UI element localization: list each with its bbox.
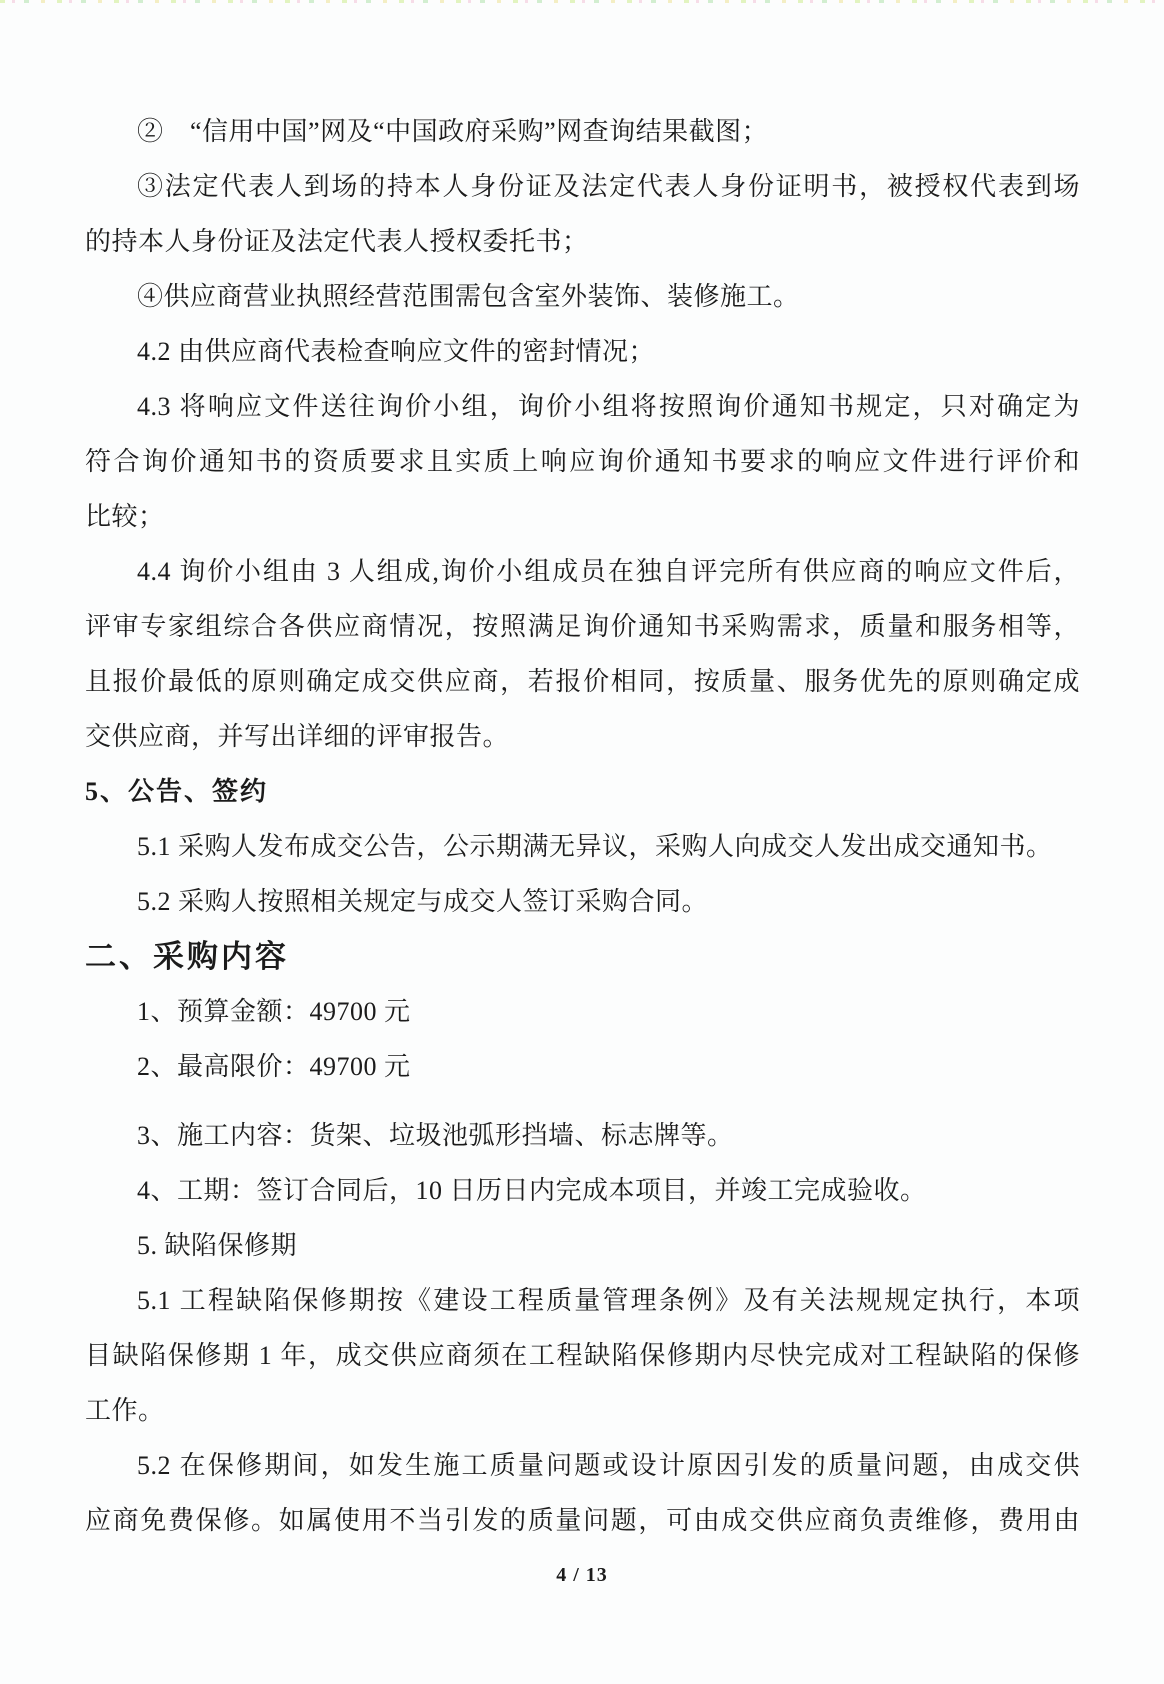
doc-line-clause-4-4-cont1: 评审专家组综合各供应商情况，按照满足询价通知书采购需求，质量和服务相等， [85, 599, 1080, 654]
doc-line-construction-content: 3、施工内容：货架、垃圾池弧形挡墙、标志牌等。 [85, 1108, 1080, 1163]
document-page: ② “信用中国”网及“中国政府采购”网查询结果截图； ③法定代表人到场的持本人身… [0, 0, 1164, 1684]
page-number: 4 / 13 [0, 1560, 1164, 1590]
doc-line-clause-5-1: 5.1 采购人发布成交公告，公示期满无异议，采购人向成交人发出成交通知书。 [85, 819, 1080, 874]
section-heading-announce-sign: 5、公告、签约 [85, 764, 1080, 819]
section-heading-procurement-content: 二、采购内容 [85, 929, 1080, 984]
doc-line-warranty-5-1-cont: 目缺陷保修期 1 年，成交供应商须在工程缺陷保修期内尽快完成对工程缺陷的保修 [85, 1328, 1080, 1383]
doc-line-construction-period: 4、工期：签订合同后，10 日历日内完成本项目，并竣工完成验收。 [85, 1163, 1080, 1218]
scan-artifact-strip [0, 0, 1164, 3]
doc-line-defect-warranty-heading: 5. 缺陷保修期 [85, 1218, 1080, 1273]
doc-line-clause-4-3: 4.3 将响应文件送往询价小组，询价小组将按照询价通知书规定，只对确定为 [85, 379, 1080, 434]
doc-line-clause-4-4-end: 交供应商，并写出详细的评审报告。 [85, 709, 1080, 764]
doc-line-clause-4-3-cont: 符合询价通知书的资质要求且实质上响应询价通知书要求的响应文件进行评价和 [85, 434, 1080, 489]
doc-line-clause-circle2: ② “信用中国”网及“中国政府采购”网查询结果截图； [85, 104, 1080, 159]
doc-line-clause-circle4: ④供应商营业执照经营范围需包含室外装饰、装修施工。 [85, 269, 1080, 324]
doc-line-max-price: 2、最高限价：49700 元 [85, 1039, 1080, 1094]
doc-line-clause-4-2: 4.2 由供应商代表检查响应文件的密封情况； [85, 324, 1080, 379]
doc-line-warranty-5-2: 5.2 在保修期间，如发生施工质量问题或设计原因引发的质量问题，由成交供 [85, 1438, 1080, 1493]
doc-line-clause-5-2: 5.2 采购人按照相关规定与成交人签订采购合同。 [85, 874, 1080, 929]
doc-line-warranty-5-2-cont: 应商免费保修。如属使用不当引发的质量问题，可由成交供应商负责维修，费用由 [85, 1493, 1080, 1548]
doc-line-clause-4-3-end: 比较； [85, 489, 1080, 544]
doc-line-warranty-5-1-end: 工作。 [85, 1383, 1080, 1438]
doc-line-clause-4-4-cont2: 且报价最低的原则确定成交供应商，若报价相同，按质量、服务优先的原则确定成 [85, 654, 1080, 709]
doc-line-warranty-5-1: 5.1 工程缺陷保修期按《建设工程质量管理条例》及有关法规规定执行，本项 [85, 1273, 1080, 1328]
doc-line-clause-circle3-cont: 的持本人身份证及法定代表人授权委托书； [85, 214, 1080, 269]
doc-line-budget-amount: 1、预算金额：49700 元 [85, 984, 1080, 1039]
doc-line-clause-4-4: 4.4 询价小组由 3 人组成,询价小组成员在独自评完所有供应商的响应文件后， [85, 544, 1080, 599]
doc-line-clause-circle3: ③法定代表人到场的持本人身份证及法定代表人身份证明书，被授权代表到场 [85, 159, 1080, 214]
document-body: ② “信用中国”网及“中国政府采购”网查询结果截图； ③法定代表人到场的持本人身… [85, 104, 1080, 1548]
